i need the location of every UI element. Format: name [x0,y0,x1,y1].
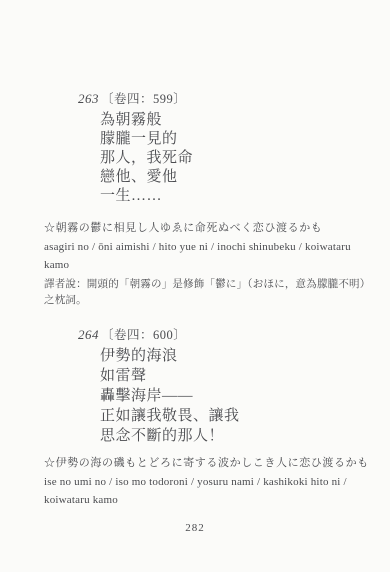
poem-header: 263〔卷四：599〕 [78,92,186,107]
book-page: 263〔卷四：599〕 為朝霧般 朦朧一見的 那人，我死命 戀他、愛他 一生……… [0,0,390,572]
poem-line: 戀他、愛他 [100,169,178,186]
translator-note-line: 之枕詞。 [44,295,87,307]
poem-header: 264〔卷四：600〕 [78,328,186,343]
page-number: 282 [0,522,390,535]
poem-line: 如雷聲 [100,368,147,385]
poem-line: 朦朧一見的 [100,131,178,148]
poem-number: 263 [78,91,99,106]
poem-line: 伊勢的海浪 [100,348,178,365]
poem-number: 264 [78,327,99,342]
romaji-line: koiwataru kamo [44,494,118,507]
poem-line: 轟擊海岸—— [100,388,193,405]
poem-line: 為朝霧般 [100,112,162,129]
poem-source-ref: 〔卷四：599〕 [101,92,186,106]
poem-line: 那人，我死命 [100,150,193,167]
romaji-line: asagiri no / ōni aimishi / hito yue ni /… [44,241,351,254]
original-japanese-poem: ☆朝霧の鬱に相見し人ゆゑに命死ぬべく恋ひ渡るかも [44,222,322,235]
poem-line: 思念不斷的那人！ [100,428,224,445]
poem-line: 正如讓我敬畏、讓我 [100,408,240,425]
translator-note-line: 譯者說：開頭的「朝霧の」是修飾「鬱に」（おほに，意為朦朧不明） [44,279,370,291]
poem-line: 一生…… [100,188,162,205]
original-japanese-poem: ☆伊勢の海の磯もとどろに寄する波かしこき人に恋ひ渡るかも [44,457,369,470]
poem-source-ref: 〔卷四：600〕 [101,328,186,342]
romaji-line: kamo [44,259,69,272]
romaji-line: ise no umi no / iso mo todoroni / yosuru… [44,476,347,489]
